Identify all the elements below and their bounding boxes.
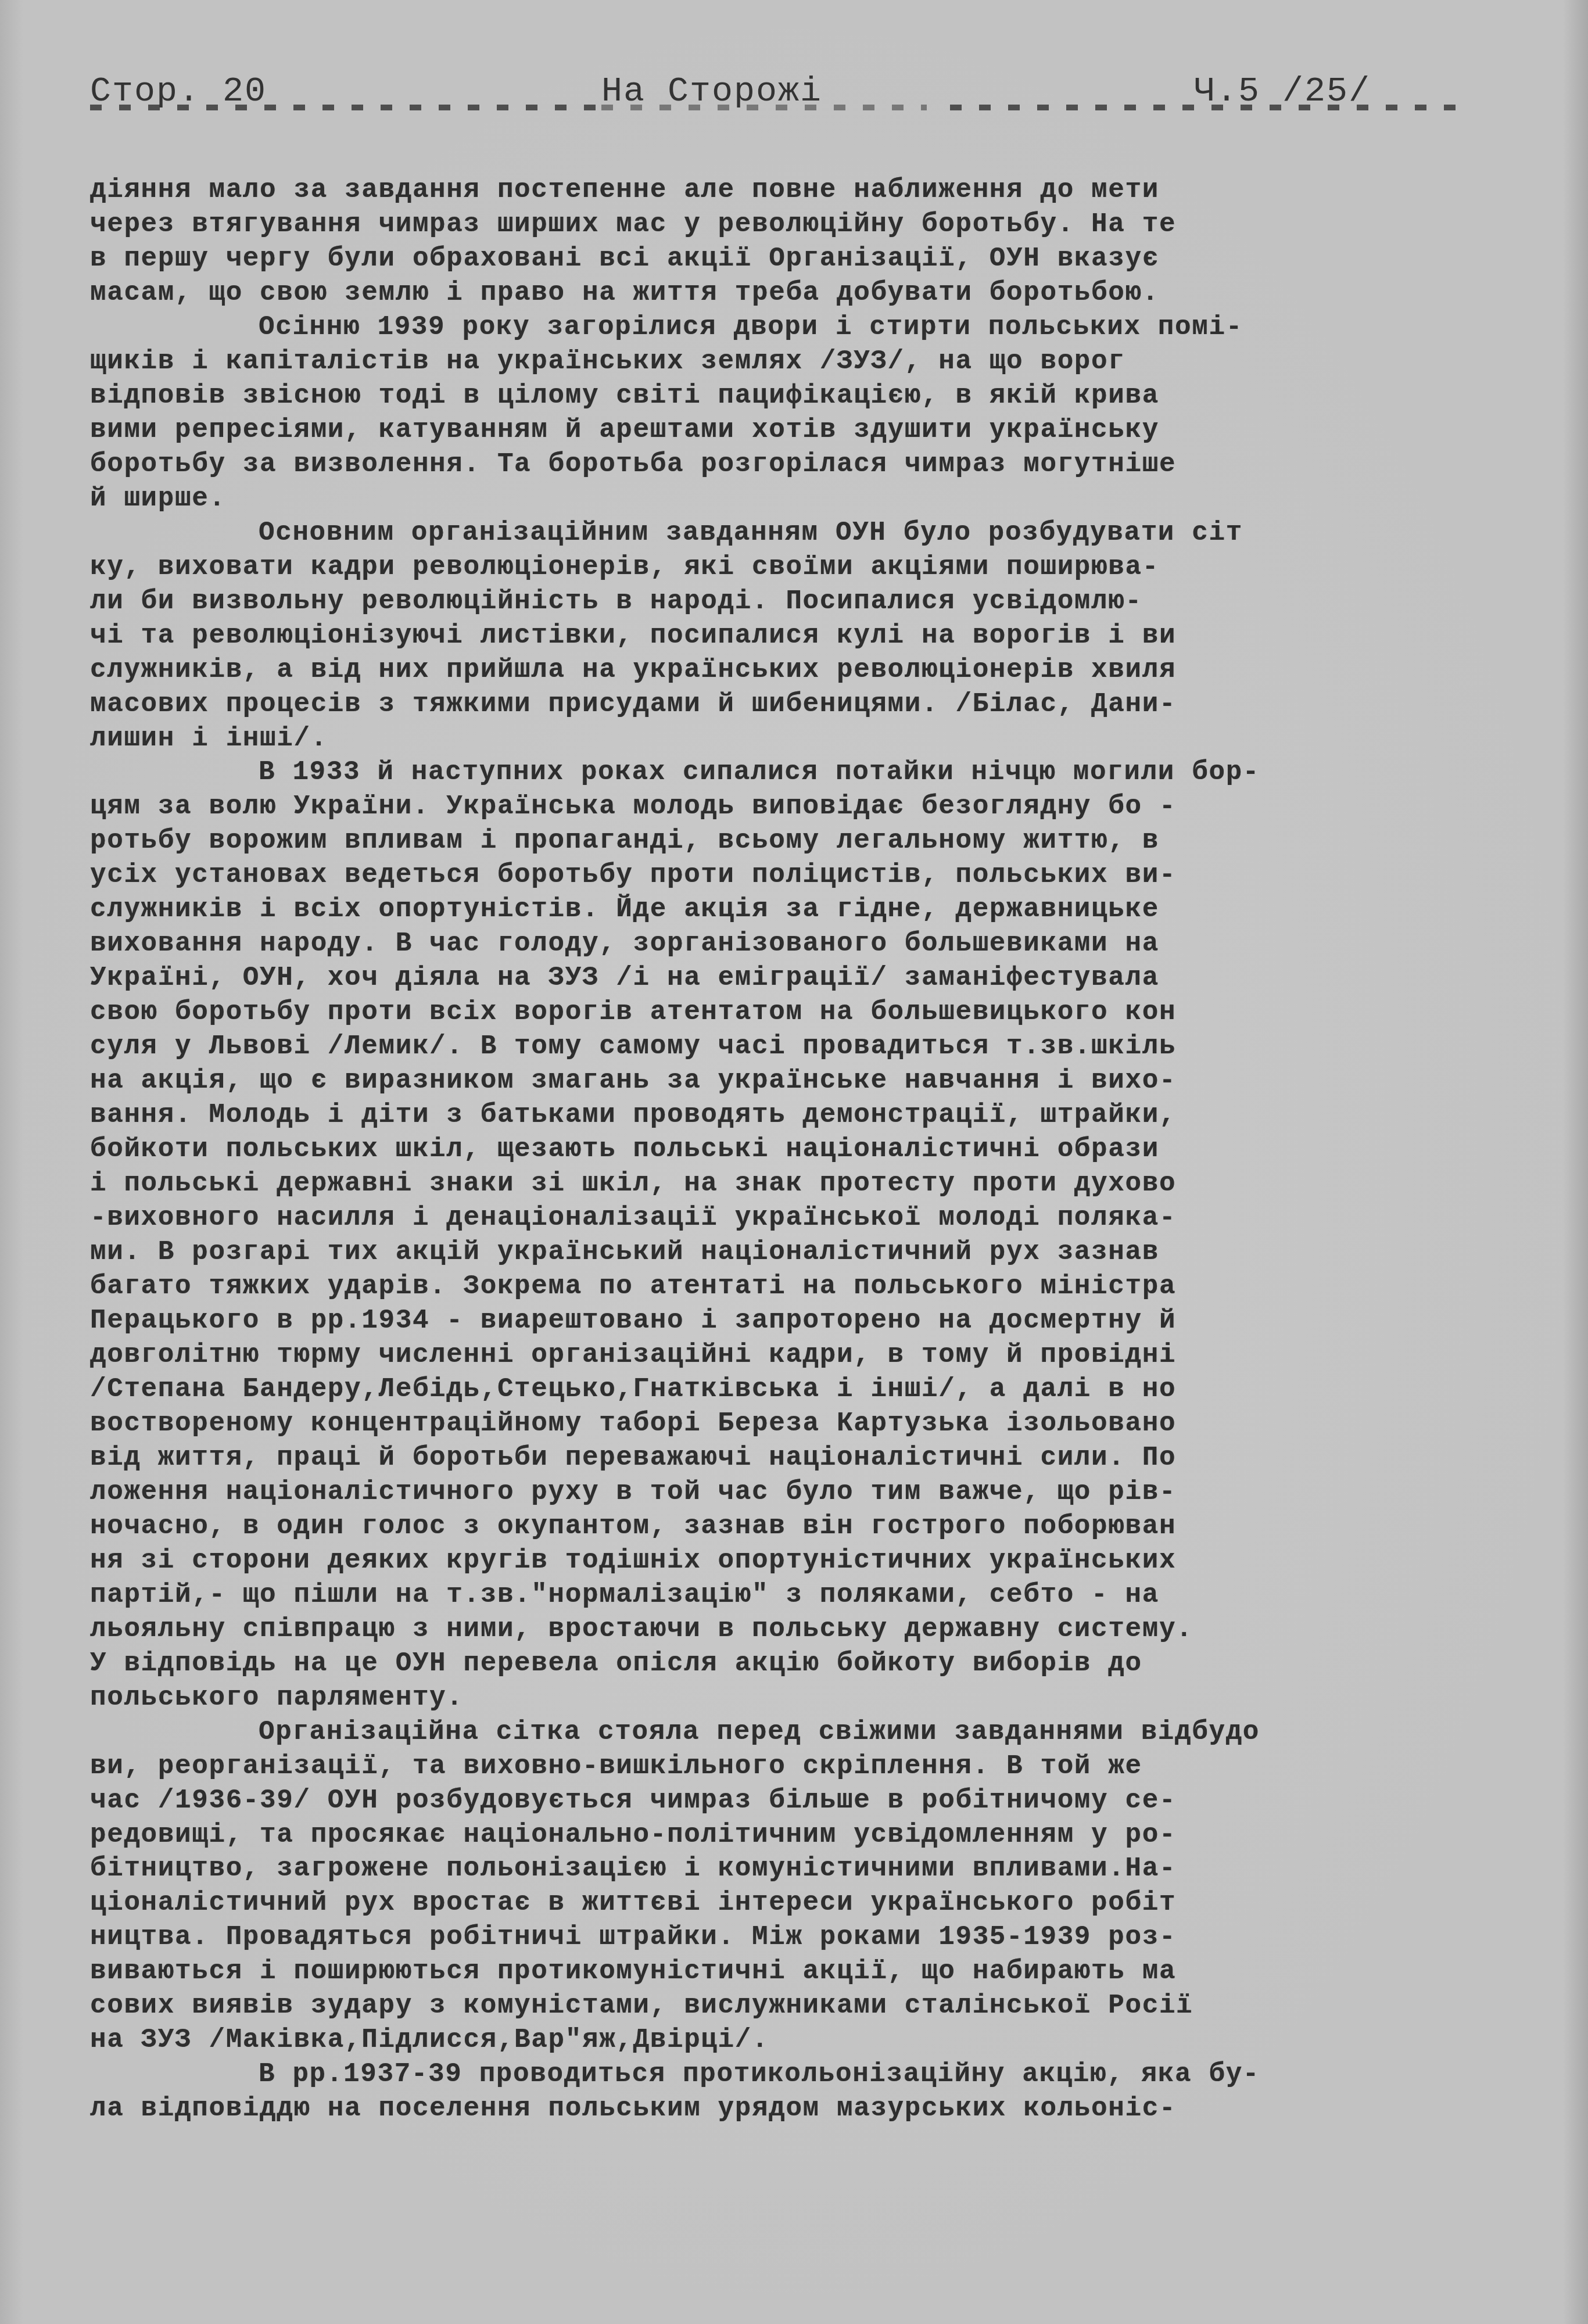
text-line: вання. Молодь і діти з батьками проводят… [90, 1098, 1508, 1132]
text-line: боротьбу за визволення. Та боротьба розг… [90, 447, 1508, 482]
text-line: суля у Львові /Лемик/. В тому самому час… [90, 1030, 1508, 1064]
text-line: /Степана Бандеру,Лебідь,Стецько,Гнатківс… [90, 1372, 1508, 1407]
text-line: лишин і інші/. [90, 722, 1508, 756]
text-line: бітництво, загрожене польонізацією і ком… [90, 1852, 1508, 1886]
text-line: довголітню тюрму численні організаційні … [90, 1338, 1508, 1372]
text-line: льояльну співпрацю з ними, вростаючи в п… [90, 1612, 1508, 1647]
text-line: виваються і поширюються протикомуністичн… [90, 1954, 1508, 1989]
text-line: ви, реорганізації, та виховно-вишкільног… [90, 1749, 1508, 1784]
text-line: ціоналістичний рух вростає в життєві інт… [90, 1886, 1508, 1920]
text-line: щиків і капіталістів на українських земл… [90, 345, 1508, 379]
text-line: через втягування чимраз ширших мас у рев… [90, 207, 1508, 242]
text-line: ротьбу ворожим впливам і пропаганді, всь… [90, 824, 1508, 858]
text-line: час /1936-39/ ОУН розбудовується чимраз … [90, 1784, 1508, 1818]
text-line: від життя, праці й боротьби переважаючі … [90, 1441, 1508, 1475]
text-line: масових процесів з тяжкими присудами й ш… [90, 687, 1508, 722]
text-line: партій,- що пішли на т.зв."нормалізацію"… [90, 1578, 1508, 1612]
text-line: усіх установах ведеться боротьбу проти п… [90, 858, 1508, 892]
text-line: У відповідь на це ОУН перевела опісля ак… [90, 1647, 1508, 1681]
text-line: в першу чергу були обраховані всі акції … [90, 242, 1508, 276]
text-line: виховання народу. В час голоду, зорганіз… [90, 927, 1508, 961]
text-line: свою боротьбу проти всіх ворогів атентат… [90, 995, 1508, 1030]
text-line: ми. В розгарі тих акцій український наці… [90, 1235, 1508, 1269]
header-underline-left [90, 105, 601, 110]
text-line: ли би визвольну революційність в народі.… [90, 584, 1508, 619]
text-line: редовищі, та просякає національно-політи… [90, 1818, 1508, 1852]
text-line: воствореному концентраційному таборі Бер… [90, 1407, 1508, 1441]
text-line: служників, а від них прийшла на українсь… [90, 653, 1508, 687]
text-line: на акція, що є виразником змагань за укр… [90, 1064, 1508, 1098]
text-line: багато тяжких ударів. Зокрема по атентат… [90, 1269, 1508, 1304]
text-line: і польські державні знаки зі шкіл, на зн… [90, 1167, 1508, 1201]
header-underline-mid [601, 105, 927, 110]
text-line: ку, виховати кадри революціонерів, які с… [90, 550, 1508, 584]
text-line: на ЗУЗ /Маківка,Підлисся,Вар"яж,Двірці/. [90, 2023, 1508, 2057]
paragraph-first-line: Організаційна сітка стояла перед свіжими… [90, 1715, 1508, 1749]
document-body: діяння мало за завдання постепенне але п… [90, 173, 1508, 2126]
text-line: цям за волю України. Українська молодь в… [90, 790, 1508, 824]
text-line: відповів звісною тоді в цілому світі пац… [90, 379, 1508, 413]
document-page: Стор. 20 На Сторожі Ч.5 /25/ діяння мало… [0, 0, 1588, 2324]
text-line: сових виявів зудару з комуністами, вислу… [90, 1989, 1508, 2023]
page-header: Стор. 20 На Сторожі Ч.5 /25/ [90, 69, 1496, 115]
text-line: діяння мало за завдання постепенне але п… [90, 173, 1508, 207]
text-line: чі та революціонізуючі листівки, посипал… [90, 619, 1508, 653]
text-line: й ширше. [90, 482, 1508, 516]
paragraph-first-line: В рр.1937-39 проводиться протикольонізац… [90, 2057, 1508, 2092]
text-line: -виховного насилля і денаціоналізації ук… [90, 1201, 1508, 1235]
text-line: Перацького в рр.1934 - виарештовано і за… [90, 1304, 1508, 1338]
paragraph-first-line: Основним організаційним завданням ОУН бу… [90, 516, 1508, 550]
text-line: ня зі сторони деяких кругів тодішніх опо… [90, 1544, 1508, 1578]
header-underline-right [950, 105, 1461, 110]
paragraph-first-line: Осінню 1939 року загорілися двори і стир… [90, 310, 1508, 345]
text-line: ложення націоналістичного руху в той час… [90, 1475, 1508, 1509]
text-line: ла відповіддю на поселення польським уря… [90, 2092, 1508, 2126]
text-line: вими репресіями, катуванням й арештами х… [90, 413, 1508, 447]
text-line: служників і всіх опортуністів. Йде акція… [90, 892, 1508, 927]
text-line: польського парляменту. [90, 1681, 1508, 1715]
text-line: ночасно, в один голос з окупантом, зазна… [90, 1509, 1508, 1544]
paragraph-first-line: В 1933 й наступних роках сипалися потайк… [90, 755, 1508, 790]
text-line: ництва. Провадяться робітничі штрайки. М… [90, 1920, 1508, 1954]
text-line: масам, що свою землю і право на життя тр… [90, 276, 1508, 310]
text-line: бойкоти польських шкіл, щезають польські… [90, 1132, 1508, 1167]
text-line: Україні, ОУН, хоч діяла на ЗУЗ /і на емі… [90, 961, 1508, 995]
